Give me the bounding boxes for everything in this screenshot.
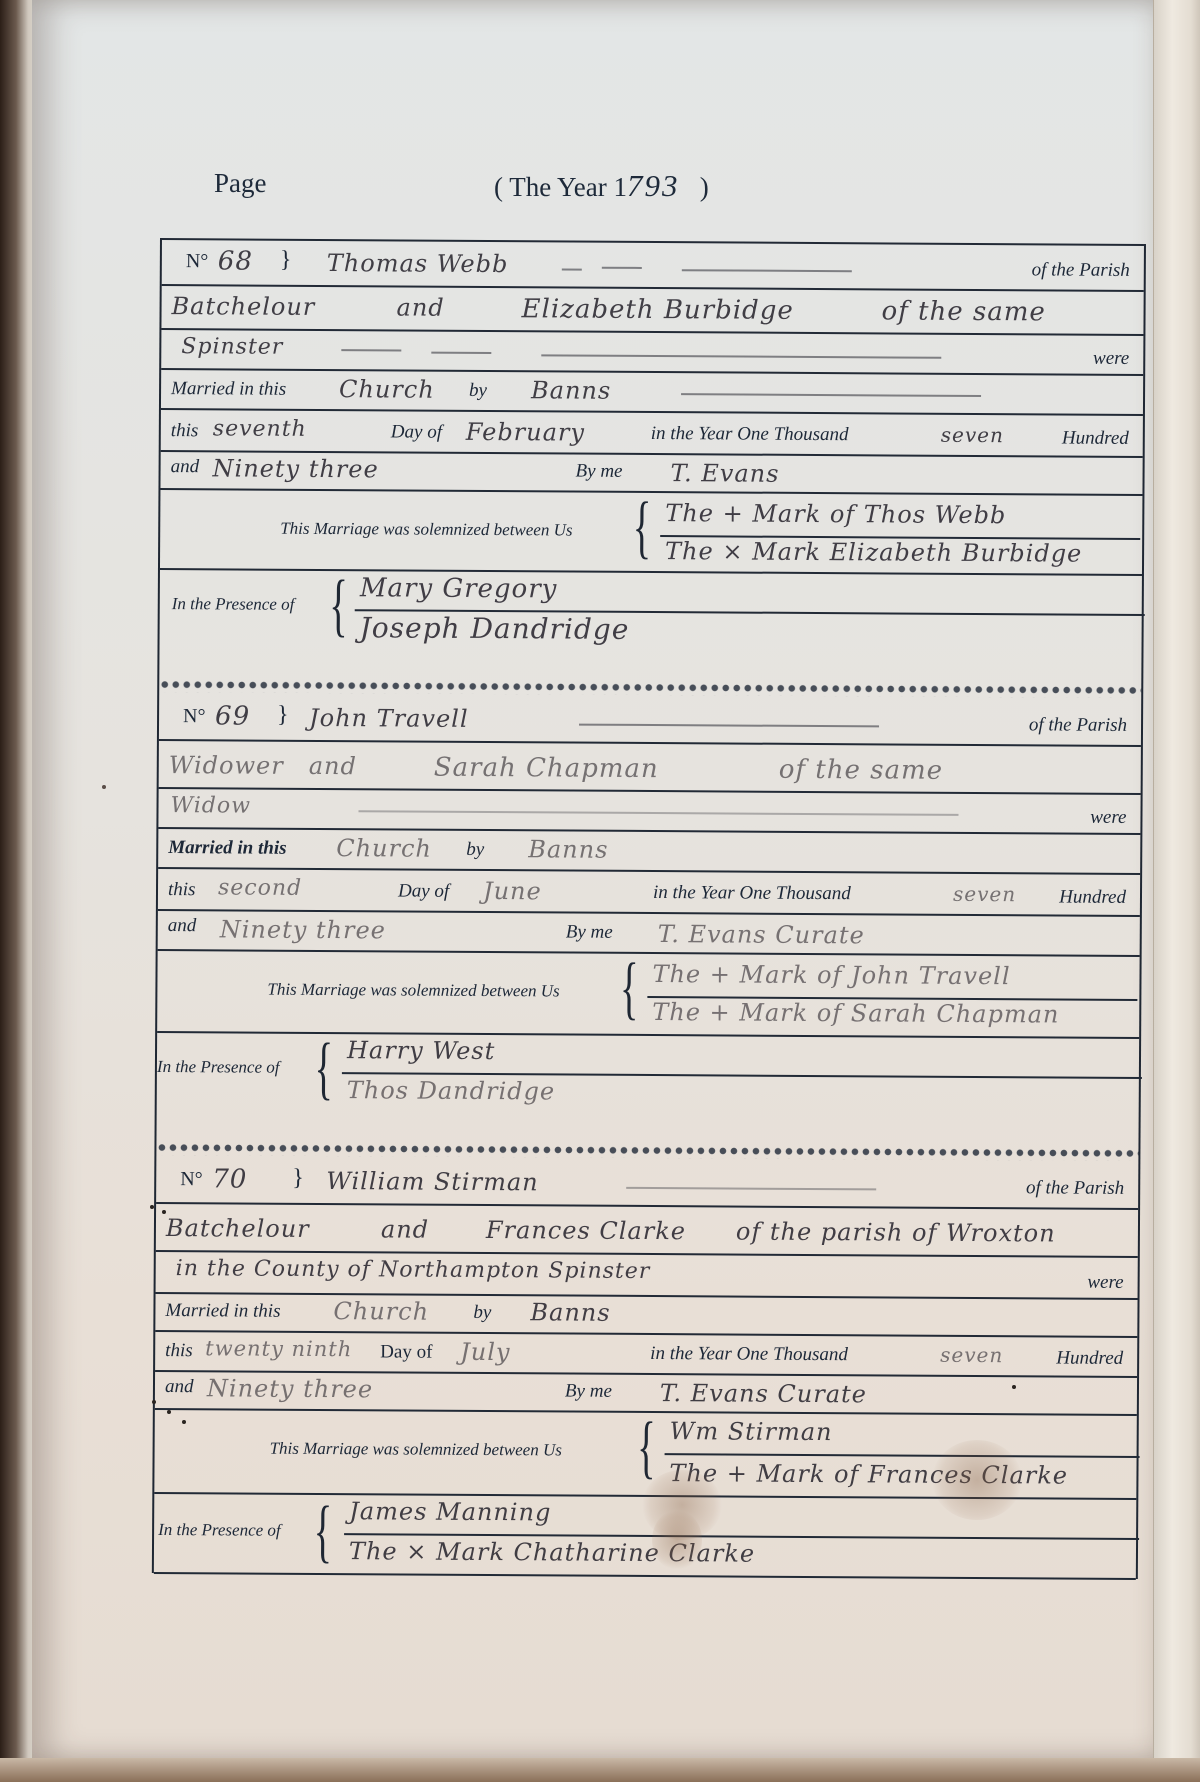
presence-label: In the Presence of [172,594,295,615]
bride-status: Widow [170,793,251,818]
entry-status-row: Batchelour and Frances Clarke of the par… [156,1202,1138,1258]
entry-number: 68 [218,246,253,276]
marriage-method: Banns [530,1298,610,1326]
number-label: N° [186,250,209,273]
solemnized-label: This Marriage was solemnized between Us [267,980,559,1002]
married-in-this-label: Married in this [165,1300,280,1323]
year-handwritten: 793 [627,168,680,203]
married-in-this-label: Married in this [171,378,286,401]
presence-label: In the Presence of [157,1057,280,1078]
marriage-method: Banns [528,835,608,863]
groom-status: Widower [169,751,284,780]
party-one-signature: Wm Stirman [670,1417,833,1446]
party-one-signature: The + Mark of John Travell [652,960,1010,990]
bride-parish: of the same [779,755,943,786]
register-entry-68: N° 68 } Thomas Webb of the Parish Batche… [159,238,1144,669]
groom-status: Batchelour [166,1214,310,1243]
were-label: were [1090,807,1126,829]
number-label: N° [180,1168,203,1191]
and-label: and [168,915,197,937]
witness-one: Harry West [347,1036,495,1065]
married-in-this-label: Married in this [168,837,286,860]
entry-parties-row: This Marriage was solemnized between Us … [160,488,1142,576]
bride-parish: of the parish of Wroxton [736,1218,1056,1248]
by-label: by [469,380,487,402]
marriage-month: February [466,418,585,447]
entry-number: 69 [215,701,250,731]
and-word: and [309,752,357,780]
marriage-month: July [460,1338,510,1366]
entry-witnesses-row: In the Presence of { Harry West Thos Dan… [157,1031,1139,1117]
and-word: and [381,1215,429,1243]
entry-witnesses-row: In the Presence of { Mary Gregory Joseph… [159,568,1141,654]
bride-name: Sarah Chapman [434,753,659,784]
were-label: were [1093,348,1129,370]
book-page-edge-right [1153,0,1200,1782]
book-bottom-edge [0,1758,1200,1782]
marriage-place: Church [336,834,432,863]
groom-status: Batchelour [171,292,315,321]
marriage-day: seventh [213,416,307,442]
witness-two: Thos Dandridge [347,1076,555,1105]
and-label: and [165,1376,194,1398]
of-the-parish-label: of the Parish [1032,259,1130,282]
party-two-signature: The + Mark of Sarah Chapman [652,998,1059,1028]
marriage-day: twenty ninth [205,1336,352,1361]
register-page: Page ( The Year 1793 ) N° 68 } Thomas We… [32,0,1162,1760]
marriage-register-table: N° 68 } Thomas Webb of the Parish Batche… [152,238,1146,1579]
this-label: this [168,879,196,901]
register-entry-69: N° 69 } John Travell of the Parish Widow… [157,695,1142,1141]
ink-stain [652,1510,702,1570]
witness-two: Joseph Dandridge [360,611,630,646]
day-of-label: Day of [391,421,442,443]
year-rest: Ninety three [220,915,386,944]
marriage-place: Church [333,1297,429,1326]
witness-one: James Manning [349,1497,551,1526]
party-two-signature: The × Mark Elizabeth Burbidge [665,537,1082,568]
year-heading: ( The Year 1793 ) [494,168,709,204]
entry-number: 70 [212,1164,247,1194]
presence-label: In the Presence of [158,1520,281,1541]
by-me-label: By me [566,921,613,943]
marriage-day: second [218,875,302,901]
marriage-method: Banns [531,376,611,404]
bride-name: Elizabeth Burbidge [521,294,793,326]
groom-name: John Travell [309,704,469,733]
officiant: T. Evans Curate [660,1379,867,1408]
marriage-month: June [483,877,542,905]
solemnized-label: This Marriage was solemnized between Us [270,1439,562,1461]
in-the-year-label: in the Year One Thousand [653,882,851,905]
hundred-label: Hundred [1056,1347,1123,1369]
bride-name: Frances Clarke [486,1216,686,1245]
this-label: this [171,420,199,442]
party-one-signature: The + Mark of Thos Webb [665,499,1006,529]
and-word: and [396,293,444,321]
page-label: Page [214,168,266,199]
year-rest: Ninety three [213,454,379,483]
solemnized-label: This Marriage was solemnized between Us [280,519,572,541]
witness-one: Mary Gregory [360,573,558,604]
of-the-parish-label: of the Parish [1029,714,1127,737]
entry-status-row: Widower and Sarah Chapman of the same [159,739,1141,795]
by-label: by [473,1302,491,1324]
in-the-year-label: in the Year One Thousand [650,1343,848,1366]
entry-status-row: Batchelour and Elizabeth Burbidge of the… [161,282,1143,336]
by-me-label: By me [576,461,623,483]
bride-status: in the County of Northampton Spinster [176,1256,651,1284]
were-label: were [1087,1272,1123,1294]
officiant: T. Evans Curate [658,920,865,949]
of-the-parish-label: of the Parish [1026,1177,1124,1200]
ink-stain [932,1440,1022,1520]
by-label: by [466,839,484,861]
this-label: this [165,1340,193,1362]
officiant: T. Evans [670,459,779,488]
year-hundreds: seven [953,882,1016,906]
year-rest: Ninety three [207,1374,373,1403]
hundred-label: Hundred [1062,428,1129,450]
page-header: Page ( The Year 1793 ) [32,168,1162,218]
marriage-place: Church [339,375,435,404]
bride-parish: of the same [881,296,1045,327]
hundred-label: Hundred [1059,887,1126,909]
day-of-label: Day of [398,880,449,902]
and-label: and [171,456,200,478]
day-of-label: Day of [380,1341,432,1363]
in-the-year-label: in the Year One Thousand [651,423,849,446]
groom-name: Thomas Webb [327,249,509,278]
number-label: N° [183,705,206,728]
groom-name: William Stirman [326,1167,539,1196]
entry-parties-row: This Marriage was solemnized between Us … [157,949,1139,1039]
by-me-label: By me [565,1380,612,1402]
year-hundreds: seven [941,423,1004,447]
bride-status: Spinster [181,334,283,360]
year-hundreds: seven [940,1343,1003,1367]
